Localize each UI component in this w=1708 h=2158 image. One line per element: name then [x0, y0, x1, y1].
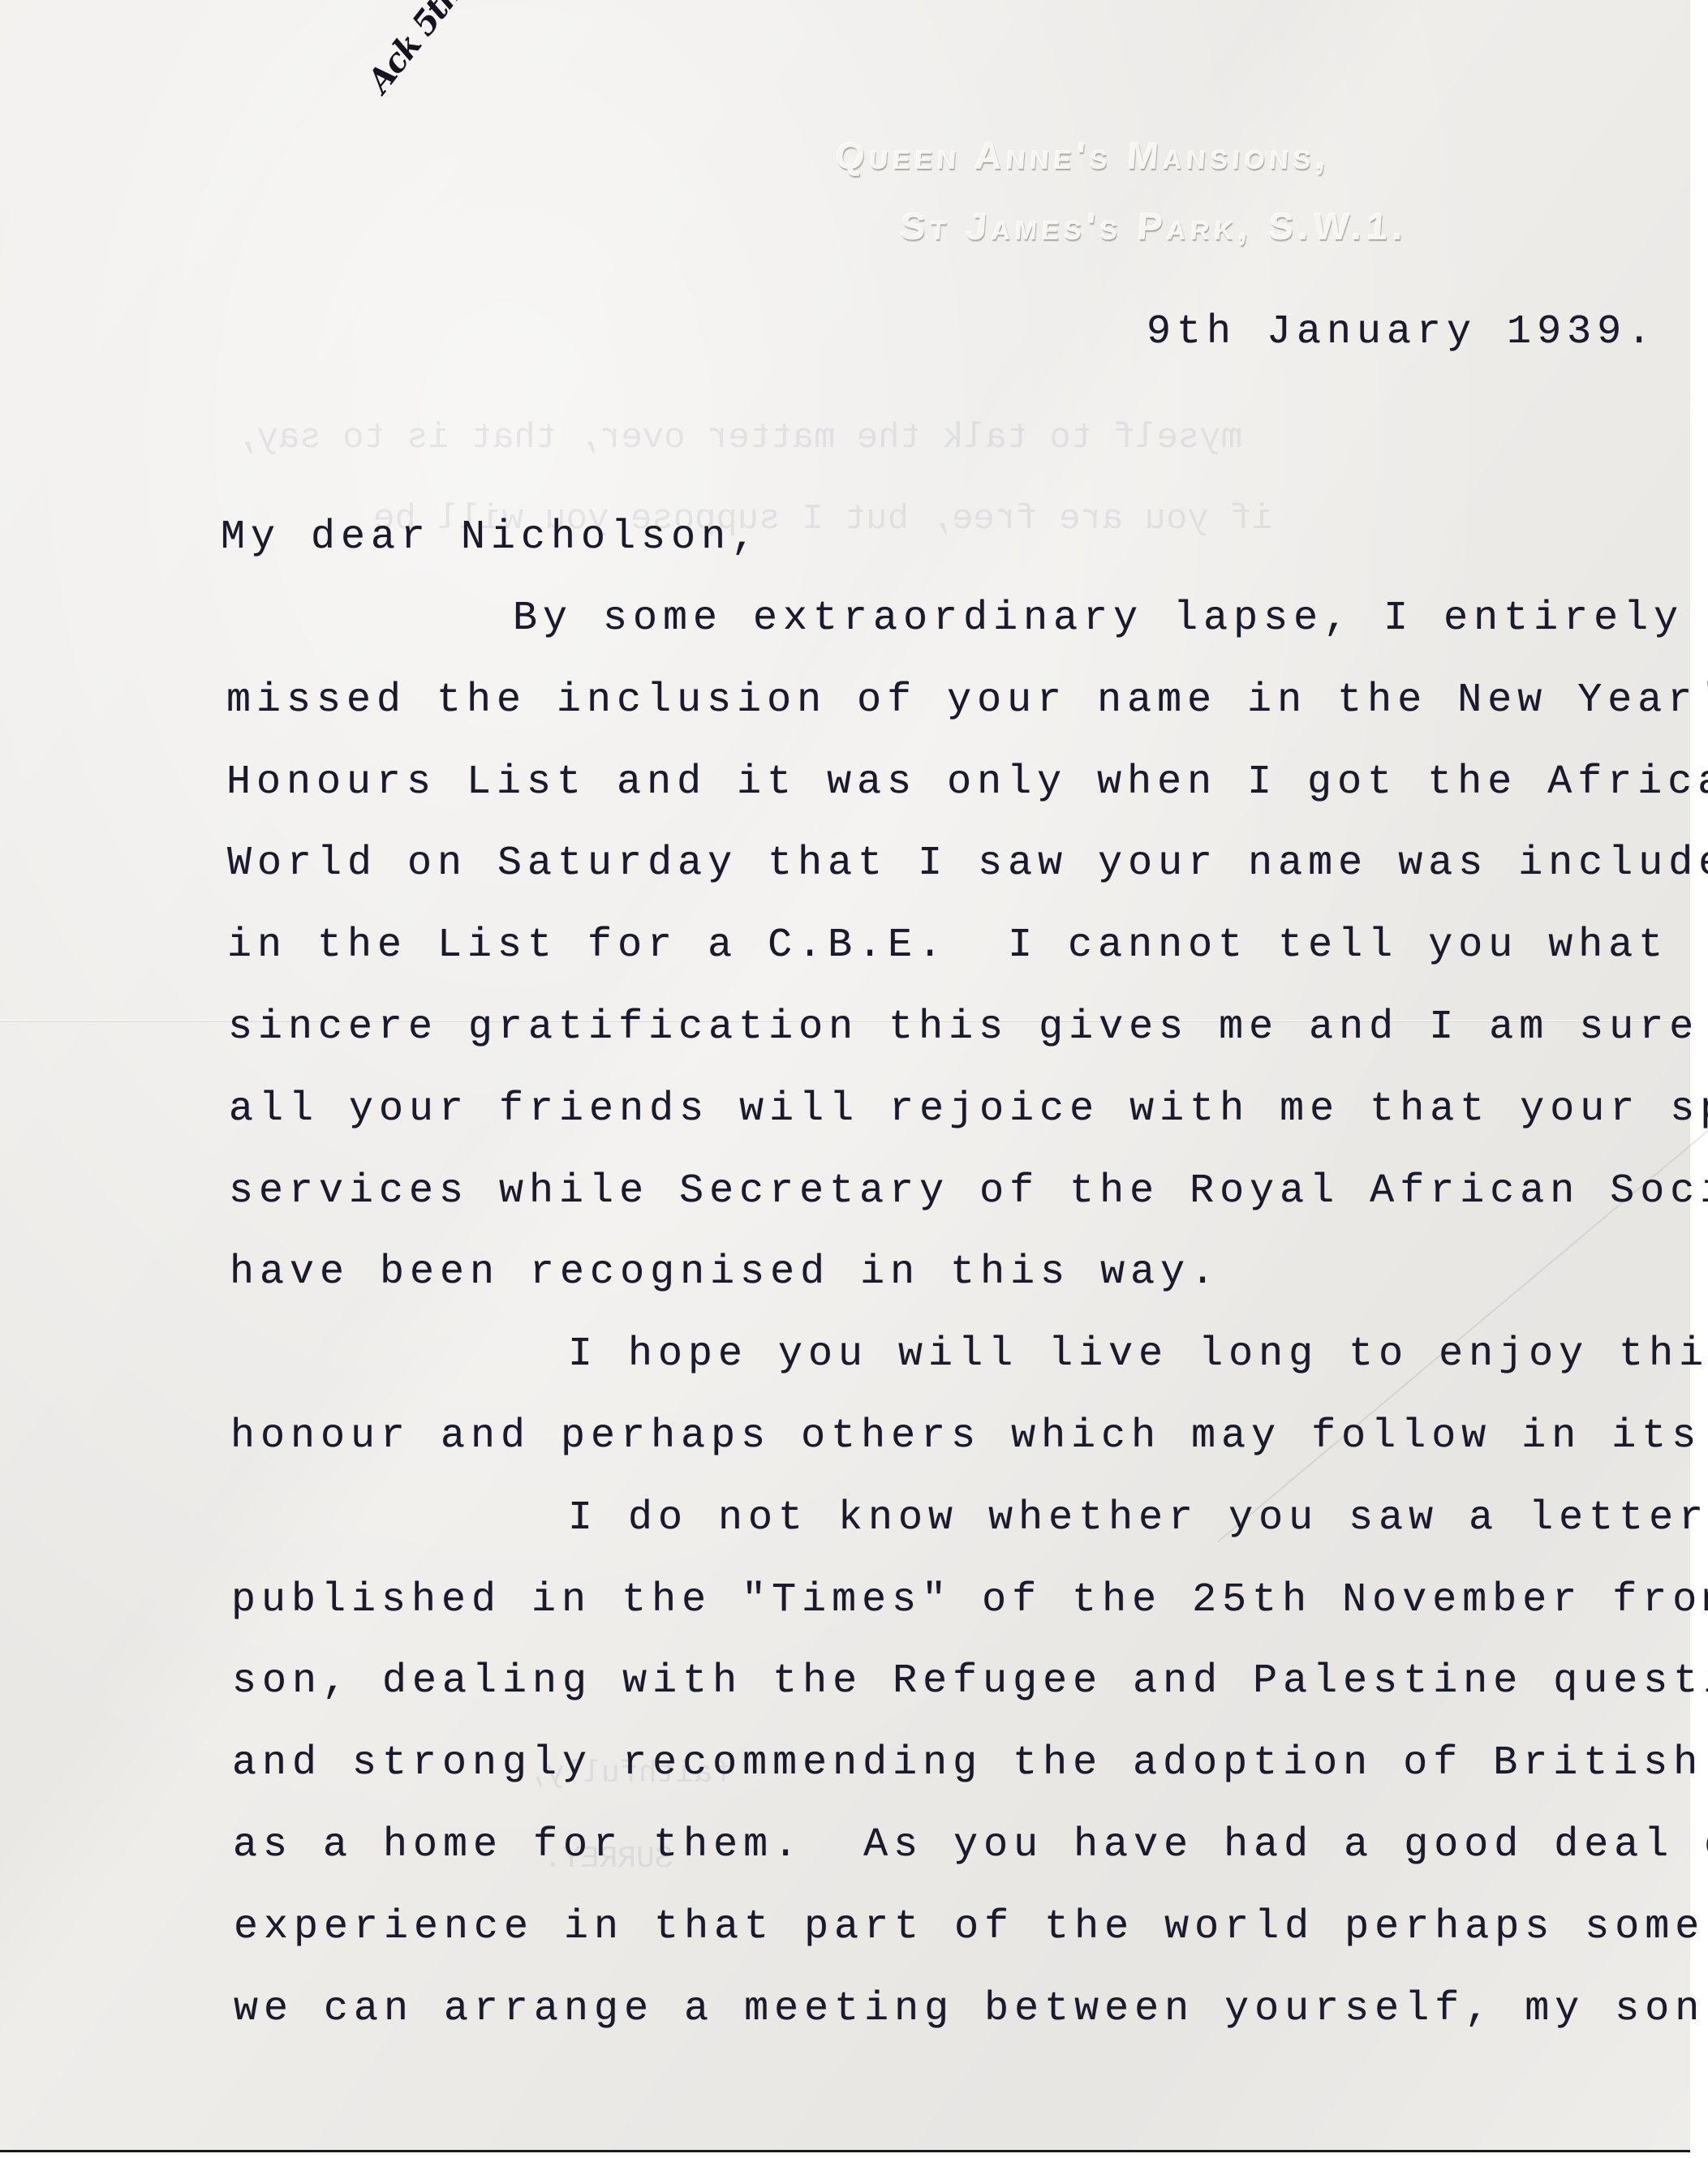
handwritten-annotation: Ack 5th: [359, 0, 469, 100]
body-line: missed the inclusion of your name in the…: [226, 681, 1708, 721]
body-line: experience in that part of the world per…: [234, 1907, 1708, 1948]
letterhead-line-1: Queen Anne's Mansions,: [834, 134, 1332, 178]
body-line: I hope you will live long to enjoy this: [568, 1335, 1708, 1375]
letter-date: 9th January 1939.: [1147, 312, 1657, 353]
show-through-text: myself to talk the matter over, that is …: [235, 418, 1242, 458]
body-line: son, dealing with the Refugee and Palest…: [232, 1661, 1708, 1702]
letterhead-line-2: St James's Park, S.W.1.: [899, 204, 1409, 248]
body-line: Honours List and it was only when I got …: [226, 763, 1708, 803]
body-line: sincere gratification this gives me and …: [228, 1008, 1699, 1048]
body-line: have been recognised in this way.: [230, 1253, 1220, 1293]
body-line: we can arrange a meeting between yoursel…: [234, 1989, 1708, 2030]
body-line: all your friends will rejoice with me th…: [229, 1090, 1708, 1130]
body-line: and strongly recommending the adoption o…: [232, 1743, 1708, 1784]
body-line: services while Secretary of the Royal Af…: [229, 1171, 1708, 1212]
body-line: as a home for them. As you have had a go…: [233, 1825, 1708, 1866]
body-line: honour and perhaps others which may foll…: [230, 1416, 1708, 1457]
body-line: By some extraordinary lapse, I entirely: [513, 599, 1684, 639]
body-line: published in the "Times" of the 25th Nov…: [231, 1580, 1708, 1621]
letter-page: myself to talk the matter over, that is …: [0, 0, 1690, 2150]
body-line: World on Saturday that I saw your name w…: [227, 844, 1708, 884]
body-line: in the List for a C.B.E. I cannot tell y…: [227, 926, 1668, 966]
salutation: My dear Nicholson,: [221, 518, 761, 558]
body-line: I do not know whether you saw a letter: [568, 1498, 1708, 1539]
